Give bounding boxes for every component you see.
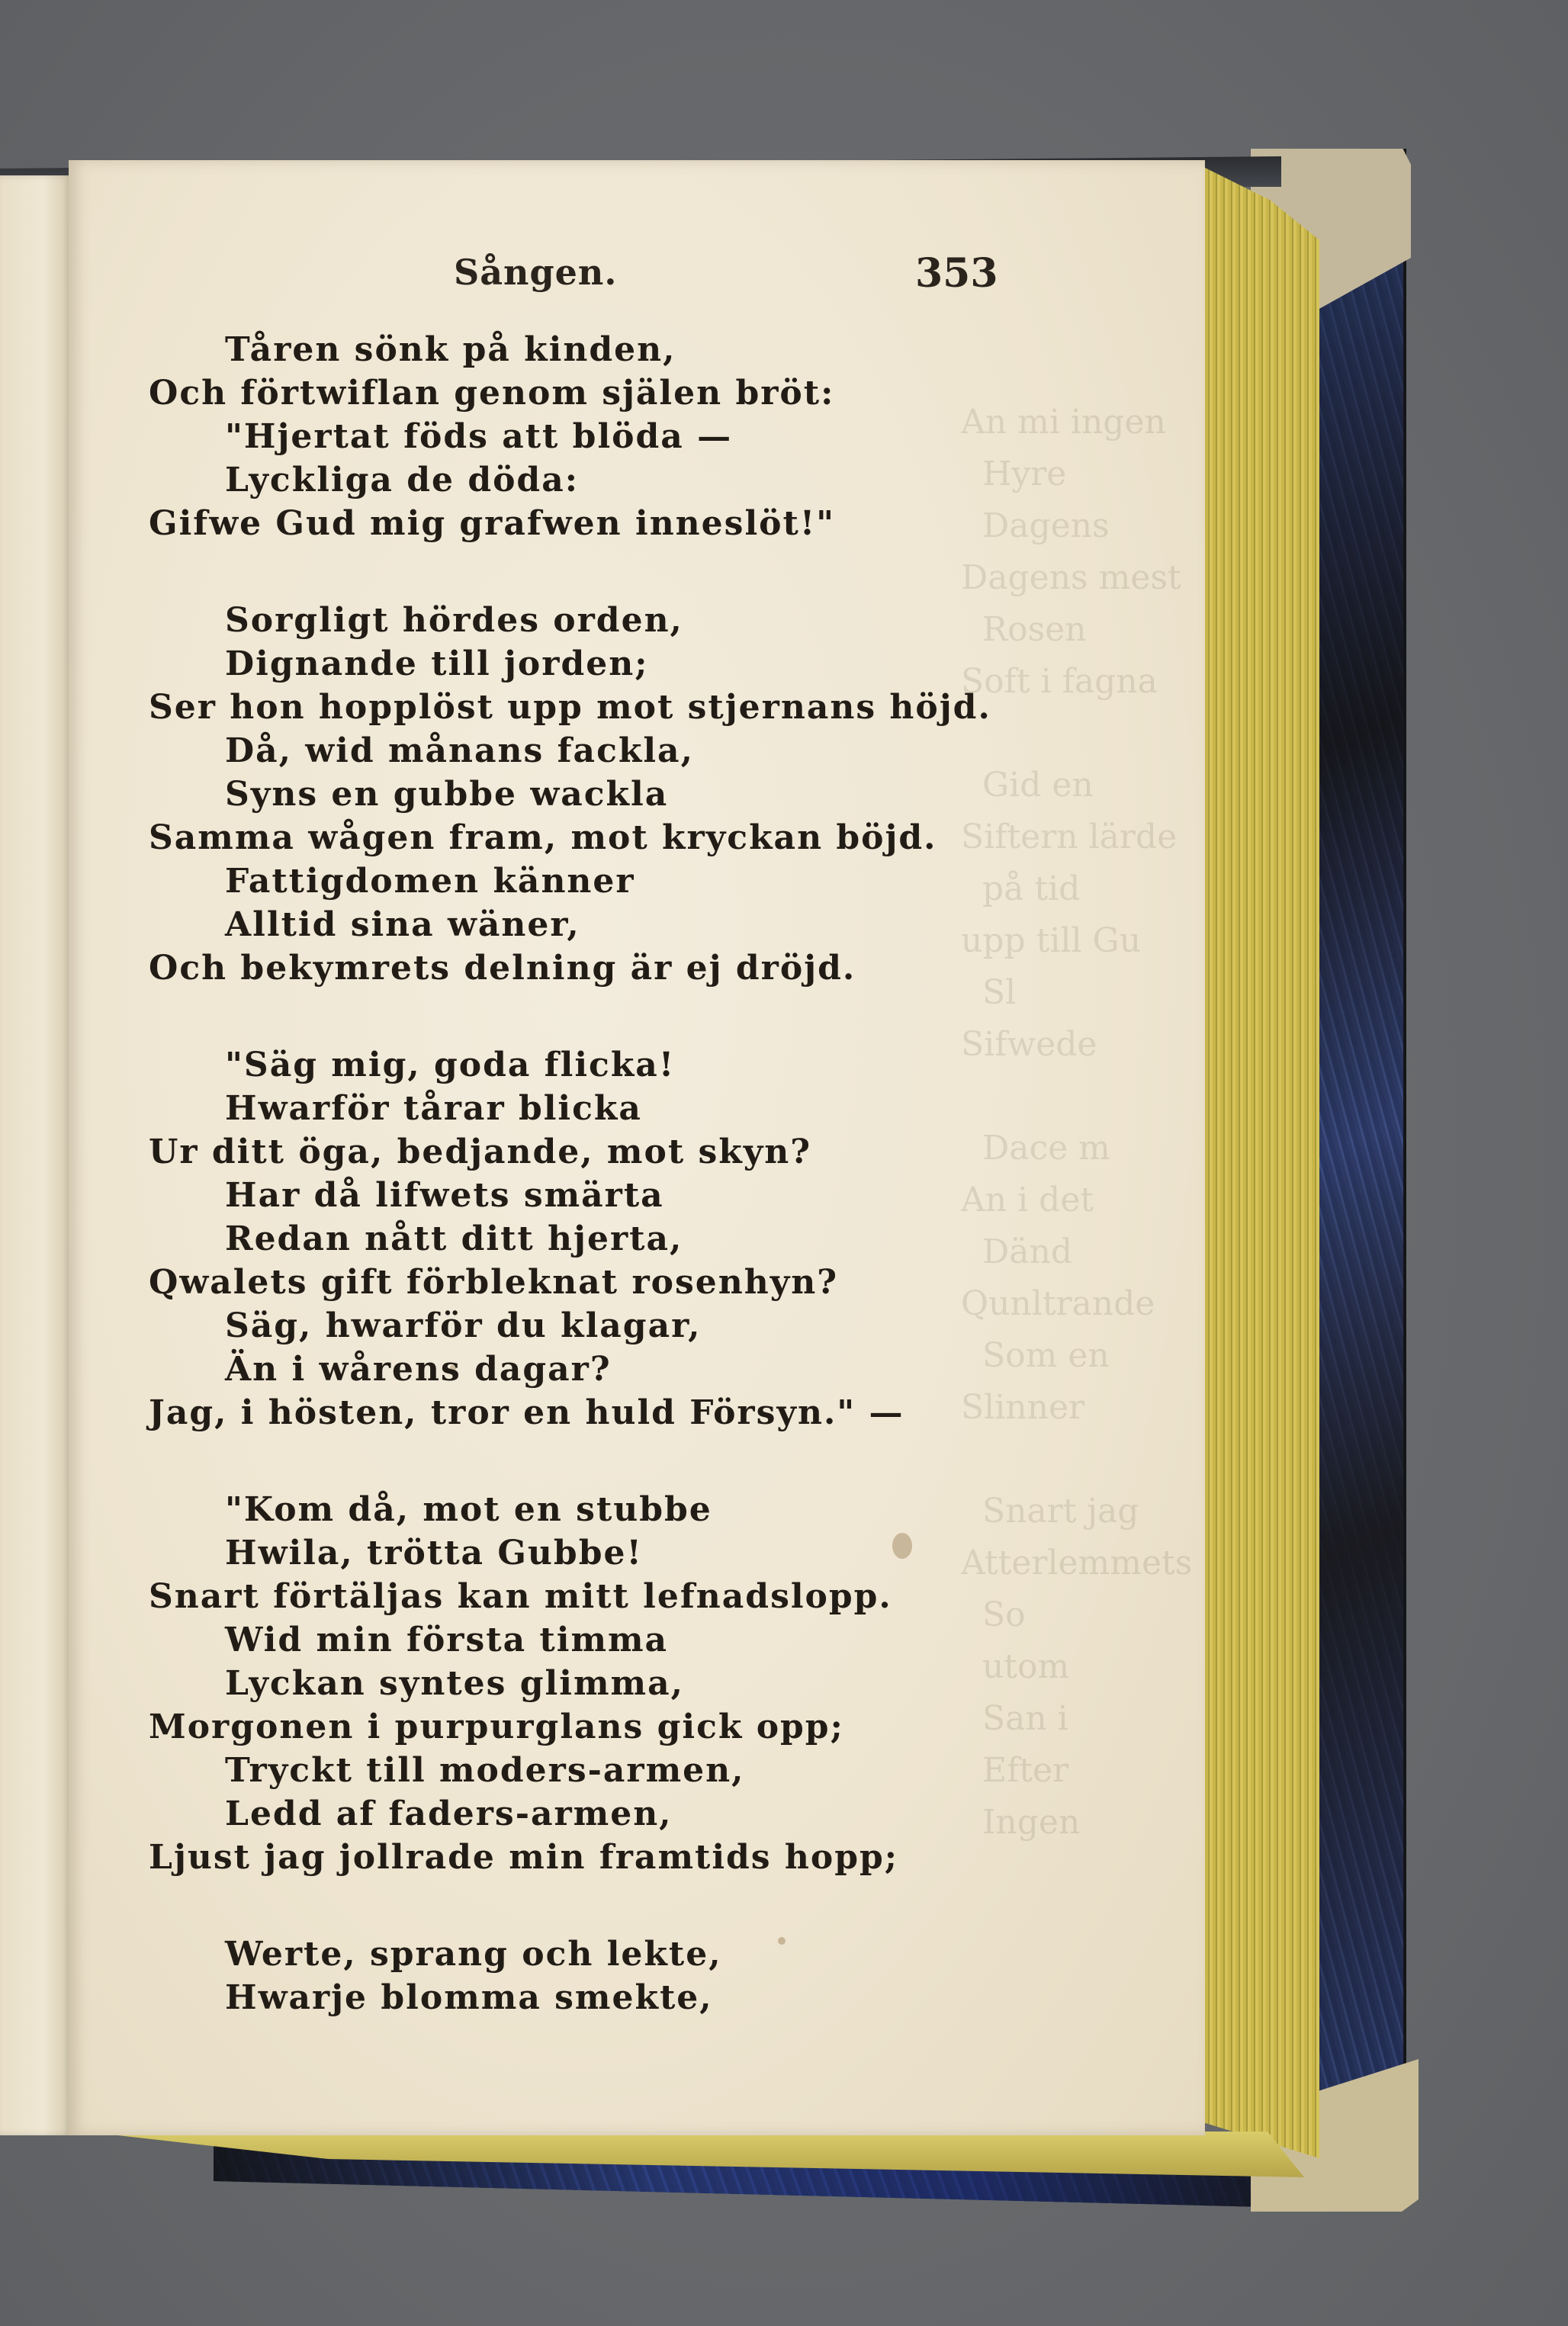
poem-line: Och förtwiflan genom själen bröt: <box>149 371 1026 415</box>
poem-line: Redan nått ditt hjerta, <box>149 1217 1026 1261</box>
poem-line: Ljust jag jollrade min framtids hopp; <box>149 1836 1026 1879</box>
poem-line: Säg, hwarför du klagar, <box>149 1304 1026 1348</box>
poem-line: Werte, sprang och lekte, <box>149 1932 1026 1976</box>
poem-line: Lyckliga de döda: <box>149 458 1026 502</box>
stanza: "Säg mig, goda flicka!Hwarför tårar blic… <box>149 1043 1026 1434</box>
poem-line: Dignande till jorden; <box>149 642 1026 686</box>
poem-line: Hwila, trötta Gubbe! <box>149 1531 1026 1575</box>
stanza: "Kom då, mot en stubbeHwila, trötta Gubb… <box>149 1488 1026 1879</box>
poem-line: "Hjertat föds att blöda — <box>149 415 1026 458</box>
stanza: Tåren sönk på kinden,Och förtwiflan geno… <box>149 328 1026 545</box>
poem-line: Samma wågen fram, mot kryckan böjd. <box>149 816 1026 859</box>
poem-line: Lyckan syntes glimma, <box>149 1662 1026 1705</box>
poem-body: Tåren sönk på kinden,Och förtwiflan geno… <box>149 328 1026 2073</box>
gilt-page-edge-right <box>1190 160 1319 2158</box>
running-head-title: Sången. <box>454 252 617 293</box>
poem-line: Wid min första timma <box>149 1618 1026 1662</box>
poem-line: "Kom då, mot en stubbe <box>149 1488 1026 1531</box>
poem-line: Jag, i hösten, tror en huld Försyn." — <box>149 1391 1026 1434</box>
poem-line: Alltid sina wäner, <box>149 903 1026 946</box>
poem-line: Då, wid månans fackla, <box>149 729 1026 773</box>
poem-line: Qwalets gift förbleknat rosenhyn? <box>149 1261 1026 1304</box>
poem-line: Syns en gubbe wackla <box>149 773 1026 816</box>
poem-line: Ur ditt öga, bedjande, mot skyn? <box>149 1130 1026 1174</box>
poem-line: Hwarje blomma smekte, <box>149 1976 1026 2019</box>
poem-line: Gifwe Gud mig grafwen inneslöt!" <box>149 502 1026 545</box>
running-head: Sången. 353 <box>0 252 1568 305</box>
poem-line: Har då lifwets smärta <box>149 1174 1026 1217</box>
stanza: Werte, sprang och lekte,Hwarje blomma sm… <box>149 1932 1026 2019</box>
verso-page-sliver <box>0 175 72 2135</box>
poem-line: Än i wårens dagar? <box>149 1348 1026 1391</box>
poem-line: Tåren sönk på kinden, <box>149 328 1026 371</box>
poem-line: Fattigdomen känner <box>149 859 1026 903</box>
poem-line: Ser hon hopplöst upp mot stjernans höjd. <box>149 686 1026 729</box>
poem-line: Ledd af faders-armen, <box>149 1792 1026 1836</box>
poem-line: "Säg mig, goda flicka! <box>149 1043 1026 1087</box>
stanza: Sorgligt hördes orden,Dignande till jord… <box>149 599 1026 990</box>
poem-line: Och bekymrets delning är ej dröjd. <box>149 946 1026 990</box>
page-number: 353 <box>915 250 998 297</box>
poem-line: Sorgligt hördes orden, <box>149 599 1026 642</box>
poem-line: Snart förtäljas kan mitt lefnadslopp. <box>149 1575 1026 1618</box>
poem-line: Hwarför tårar blicka <box>149 1087 1026 1130</box>
poem-line: Morgonen i purpurglans gick opp; <box>149 1705 1026 1749</box>
poem-line: Tryckt till moders-armen, <box>149 1749 1026 1792</box>
